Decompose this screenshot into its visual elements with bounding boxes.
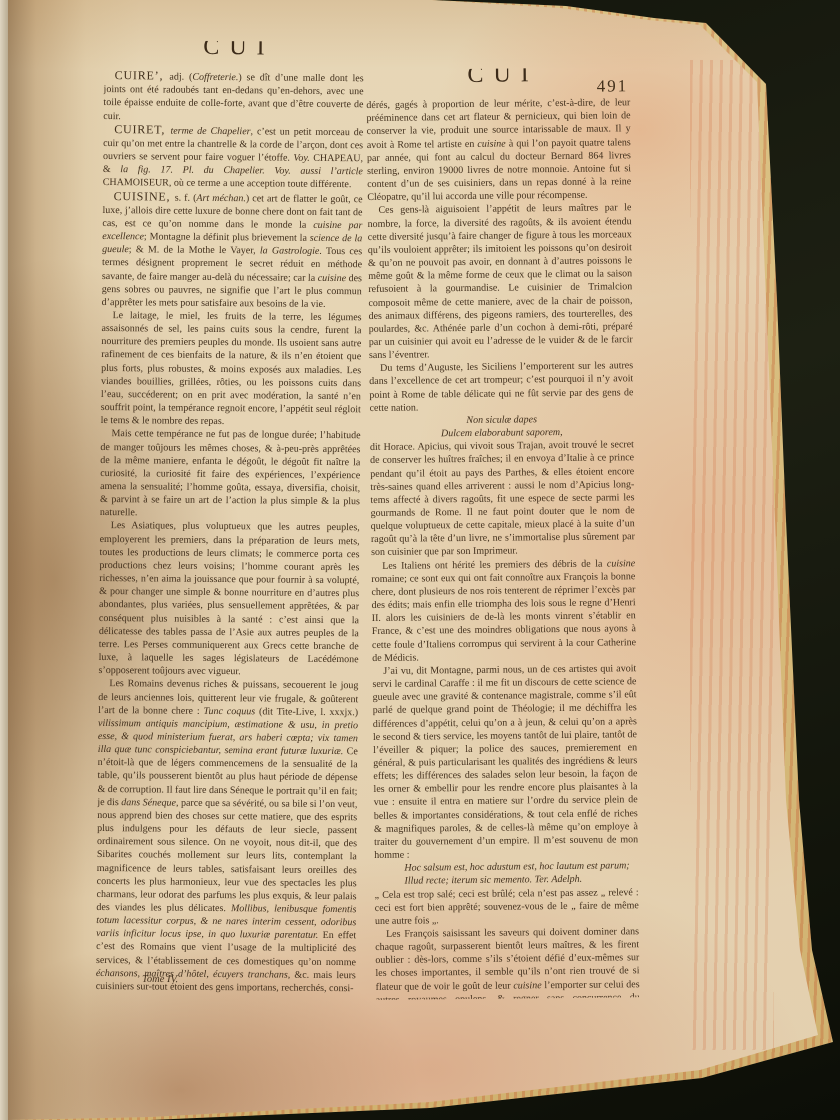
paragraph: Les François saisissant les saveurs qui … [375, 925, 640, 1000]
entry-headword: CUISINE, [114, 189, 175, 204]
page-number: 491 [597, 79, 629, 92]
entry-headword: CUIRE’, [115, 68, 170, 82]
header-row-right: CUI 491 [366, 67, 630, 83]
running-title-left: CUI [104, 40, 364, 55]
paragraph: CUIRE’, adj. (Coffreterie.) se dît d’une… [103, 69, 363, 125]
paragraph: „ Cela est trop salé; ceci est brûlé; ce… [375, 886, 639, 928]
entry-headword: CUIRET, [114, 122, 170, 136]
text-column-right: CUI 491 dérés, gagés à proportion de leu… [366, 67, 640, 1000]
tome-footer: Tome IV. [142, 974, 178, 985]
edge-stain-streaks [690, 60, 774, 1050]
paragraph: CUIRET, terme de Chapelier, c’est un pet… [103, 123, 364, 192]
paragraph: Du tems d’Auguste, les Siciliens l’empor… [369, 360, 634, 415]
book-page: CUI CUIRE’, adj. (Coffreterie.) se dît d… [0, 0, 840, 1120]
paragraph: Ces gens-là aiguisoient l’appétit de leu… [367, 202, 633, 363]
facing-page-sliver [0, 0, 8, 1120]
paragraph: Mais cette tempérance ne fut pas de long… [100, 427, 361, 521]
column-left-body: CUIRE’, adj. (Coffreterie.) se dît d’une… [96, 69, 364, 995]
book-photograph: CUI CUIRE’, adj. (Coffreterie.) se dît d… [0, 0, 840, 1120]
paragraph: Le laitage, le miel, les fruits de la te… [101, 309, 362, 430]
running-title-right: CUI [366, 67, 630, 83]
paragraph: dérés, gagés à proportion de leur mérite… [366, 96, 631, 204]
paragraph: Les Italiens ont hérité les premiers des… [371, 557, 636, 665]
paragraph: J’ai vu, dit Montagne, parmi nous, un de… [372, 662, 638, 862]
paragraph: Les Romains devenus riches & puissans, s… [96, 677, 359, 995]
paragraph: CUISINE, s. f. (Art méchan.) cet art de … [102, 190, 363, 312]
column-right-body: dérés, gagés à proportion de leur mérite… [366, 96, 639, 1000]
text-column-left: CUI CUIRE’, adj. (Coffreterie.) se dît d… [96, 40, 364, 1000]
paragraph: dit Horace. Apicius, qui vivoit sous Tra… [370, 438, 635, 559]
paragraph: Les Asiatiques, plus voluptueux que les … [98, 519, 359, 679]
